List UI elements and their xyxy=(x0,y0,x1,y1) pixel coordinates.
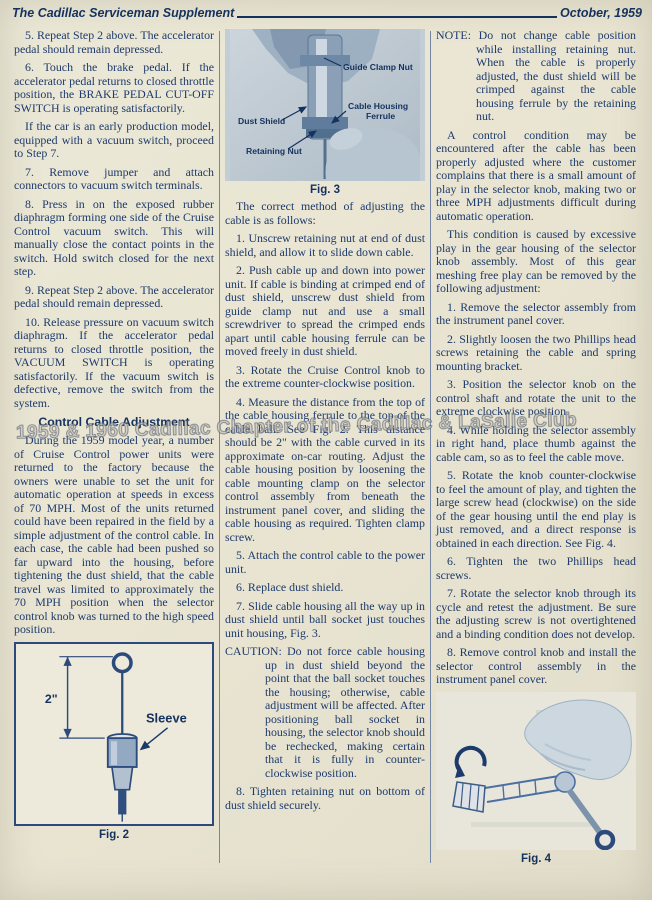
retaining-nut-label: Retaining Nut xyxy=(246,146,302,156)
selector-step-8: 8. Remove control knob and install the s… xyxy=(436,646,636,687)
adjusting-intro: The correct method of adjusting the cabl… xyxy=(225,200,425,227)
figure-3-photo: Guide Clamp Nut Cable Housing Ferrule Du… xyxy=(225,29,425,181)
section-heading: Control Cable Adjustment xyxy=(14,415,214,429)
selector-step-2: 2. Slightly loosen the two Phillips head… xyxy=(436,333,636,374)
left-column: 5. Repeat Step 2 above. The accelerator … xyxy=(14,29,214,869)
adjust-step-3: 3. Rotate the Cruise Control knob to the… xyxy=(225,364,425,391)
cable-housing-ferrule-label-2: Ferrule xyxy=(366,111,395,121)
adjust-step-8: 8. Tighten retaining nut on bottom of du… xyxy=(225,785,425,812)
figure-2: 2" Sleeve Fig. 2 xyxy=(14,642,214,841)
selector-step-1: 1. Remove the selector assembly from the… xyxy=(436,301,636,328)
selector-step-6: 6. Tighten the two Phillips head screws. xyxy=(436,555,636,582)
figure-3: Guide Clamp Nut Cable Housing Ferrule Du… xyxy=(225,29,425,196)
note-label: NOTE: xyxy=(436,28,471,42)
sleeve-label: Sleeve xyxy=(146,710,187,725)
header-rule xyxy=(237,16,557,18)
page-header: The Cadillac Serviceman Supplement Octob… xyxy=(12,6,642,20)
paragraph-step-8: 8. Press in on the exposed rubber diaphr… xyxy=(14,198,214,279)
caution-text: Do not force cable housing up in dust sh… xyxy=(265,644,425,780)
dimension-label: 2" xyxy=(45,692,58,706)
caution-note: CAUTION: Do not force cable housing up i… xyxy=(225,645,425,780)
figure-2-caption: Fig. 2 xyxy=(14,829,214,841)
paragraph-control-cable: During the 1959 model year, a number of … xyxy=(14,434,214,637)
paragraph-early-production: If the car is an early production model,… xyxy=(14,120,214,161)
dust-shield-label: Dust Shield xyxy=(238,116,285,126)
publication-title: The Cadillac Serviceman Supplement xyxy=(12,6,234,20)
paragraph-step-6: 6. Touch the brake pedal. If the acceler… xyxy=(14,61,214,115)
paragraph-step-10: 10. Release pressure on vacuum switch di… xyxy=(14,316,214,411)
selector-step-3: 3. Position the selector knob on the con… xyxy=(436,378,636,419)
figure-4-caption: Fig. 4 xyxy=(436,853,636,865)
paragraph-step-9: 9. Repeat Step 2 above. The accelerator … xyxy=(14,284,214,311)
column-layout: 5. Repeat Step 2 above. The accelerator … xyxy=(14,29,642,869)
guide-clamp-nut-label: Guide Clamp Nut xyxy=(343,62,413,72)
column-divider xyxy=(219,31,220,863)
issue-date: October, 1959 xyxy=(560,6,642,20)
selector-adjustment-photo xyxy=(436,692,636,850)
column-divider xyxy=(430,31,431,863)
cable-housing-ferrule-label-1: Cable Housing xyxy=(348,101,408,111)
caution-label: CAUTION: xyxy=(225,644,282,658)
adjust-step-5: 5. Attach the control cable to the power… xyxy=(225,549,425,576)
note-text: Do not change cable position while insta… xyxy=(476,28,636,123)
adjust-step-4: 4. Measure the distance from the top of … xyxy=(225,396,425,545)
adjust-step-2: 2. Push cable up and down into power uni… xyxy=(225,264,425,359)
adjust-step-1: 1. Unscrew retaining nut at end of dust … xyxy=(225,232,425,259)
note-paragraph: NOTE: Do not change cable position while… xyxy=(436,29,636,124)
selector-step-4: 4. While holding the selector assembly i… xyxy=(436,424,636,465)
adjust-step-6: 6. Replace dust shield. xyxy=(225,581,425,595)
paragraph-step-7: 7. Remove jumper and attach connectors t… xyxy=(14,166,214,193)
middle-column: Guide Clamp Nut Cable Housing Ferrule Du… xyxy=(225,29,425,869)
cable-ball-icon xyxy=(113,654,131,672)
figure-4: Fig. 4 xyxy=(436,692,636,865)
condition-cause-paragraph: This condition is caused by excessive pl… xyxy=(436,228,636,296)
figure-4-photo xyxy=(436,692,636,850)
adjust-step-7: 7. Slide cable housing all the way up in… xyxy=(225,600,425,641)
selector-step-5: 5. Rotate the knob counter-clockwise to … xyxy=(436,469,636,550)
cable-assembly-photo: Guide Clamp Nut Cable Housing Ferrule Du… xyxy=(225,29,425,181)
figure-3-caption: Fig. 3 xyxy=(225,184,425,196)
right-column: NOTE: Do not change cable position while… xyxy=(436,29,636,869)
figure-2-illustration: 2" Sleeve xyxy=(14,642,214,826)
paragraph-step-5: 5. Repeat Step 2 above. The accelerator … xyxy=(14,29,214,56)
cable-sleeve-drawing: 2" Sleeve xyxy=(16,644,212,824)
selector-step-7: 7. Rotate the selector knob through its … xyxy=(436,587,636,641)
document-page: The Cadillac Serviceman Supplement Octob… xyxy=(0,0,652,900)
control-condition-paragraph: A control condition may be encountered a… xyxy=(436,129,636,224)
